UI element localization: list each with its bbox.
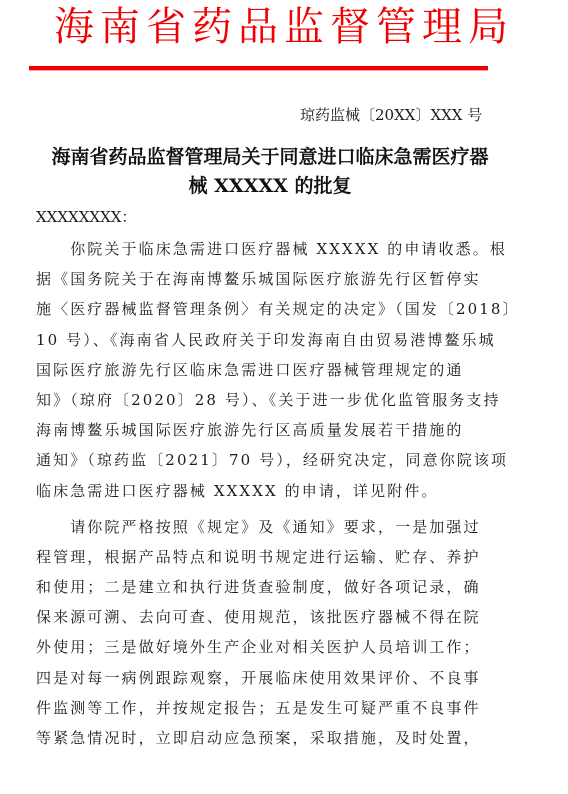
document-title-line-1: 海南省药品监督管理局关于同意进口临床急需医疗器 [30,143,510,172]
document-title: 海南省药品监督管理局关于同意进口临床急需医疗器 械 XXXXX 的批复 [30,143,510,201]
text-line: 10 号）、《海南省人民政府关于印发海南自由贸易港博鳌乐城 [36,325,486,355]
document-title-line-2: 械 XXXXX 的批复 [30,172,510,201]
text-line: 通知》（琼药监〔2021〕70 号），经研究决定，同意你院该项 [36,445,486,475]
document-body: 你院关于临床急需进口医疗器械 XXXXX 的申请收悉。根 据《国务院关于在海南博… [36,234,486,753]
text-line: 临床急需进口医疗器械 XXXXX 的申请，详见附件。 [36,476,486,506]
text-line: 施〈医疗器械监督管理条例〉有关规定的决定》（国发〔2018〕 [36,294,486,324]
document-number: 琼药监械〔20XX〕XXX 号 [300,104,482,126]
text-line: 知》（琼府〔2020〕28 号）、《关于进一步优化监管服务支持 [36,385,486,415]
text-line: 程管理，根据产品特点和说明书规定进行运输、贮存、养护 [36,542,486,572]
masthead-red-divider [29,66,488,71]
text-line: 你院关于临床急需进口医疗器械 XXXXX 的申请收悉。根 [36,234,486,264]
masthead-title: 海南省药品监督管理局 [0,2,568,52]
text-line: 四是对每一病例跟踪观察，开展临床使用效果评价、不良事 [36,663,486,693]
text-line: 海南博鳌乐城国际医疗旅游先行区高质量发展若干措施的 [36,415,486,445]
text-line: 件监测等工作，并按规定报告；五是发生可疑严重不良事件 [36,693,486,723]
text-line: 请你院严格按照《规定》及《通知》要求，一是加强过 [36,512,486,542]
text-line: 和使用；二是建立和执行进货查验制度，做好各项记录，确 [36,572,486,602]
text-line: 等紧急情况时，立即启动应急预案，采取措施，及时处置， [36,723,486,753]
salutation: XXXXXXXX： [36,206,136,228]
text-line: 外使用；三是做好境外生产企业对相关医护人员培训工作； [36,632,486,662]
paragraph-2: 请你院严格按照《规定》及《通知》要求，一是加强过 程管理，根据产品特点和说明书规… [36,512,486,754]
paragraph-1: 你院关于临床急需进口医疗器械 XXXXX 的申请收悉。根 据《国务院关于在海南博… [36,234,486,506]
text-line: 据《国务院关于在海南博鳌乐城国际医疗旅游先行区暂停实 [36,264,486,294]
text-line: 国际医疗旅游先行区临床急需进口医疗器械管理规定的通 [36,355,486,385]
text-line: 保来源可溯、去向可查、使用规范，该批医疗器械不得在院 [36,602,486,632]
